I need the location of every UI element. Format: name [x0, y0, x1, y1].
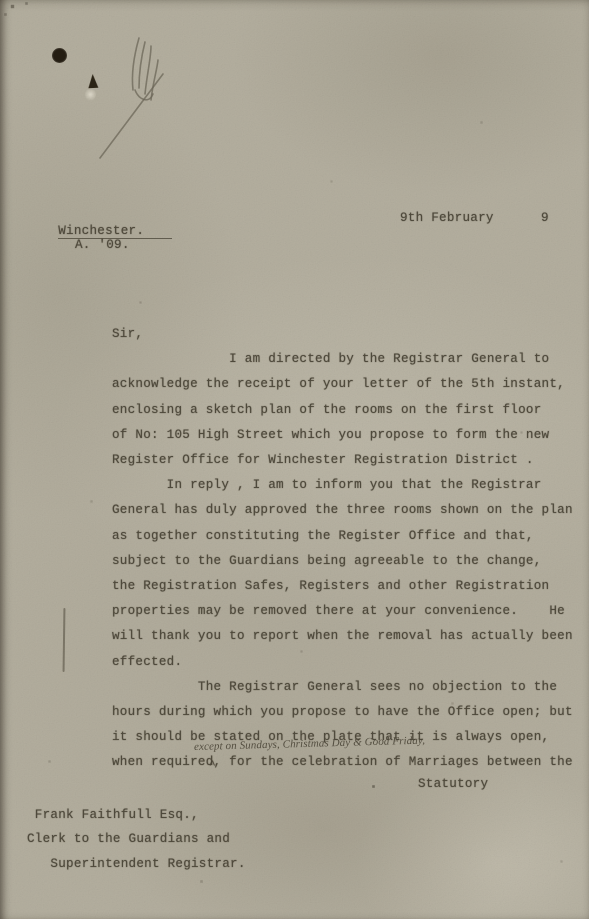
typed-line: as together constituting the Register Of…	[112, 524, 573, 549]
typed-line: subject to the Guardians being agreeable…	[112, 549, 573, 574]
typed-line: of No: 105 High Street which you propose…	[112, 423, 573, 448]
typed-line: properties may be removed there at your …	[112, 599, 573, 624]
typed-line: I am directed by the Registrar General t…	[112, 347, 573, 372]
typed-body: Sir, I am directed by the Registrar Gene…	[112, 322, 573, 776]
typed-line: Superintendent Registrar.	[27, 852, 246, 876]
date-heading: 9th February	[400, 211, 494, 225]
paper-specks	[0, 0, 1, 1]
typed-line: the Registration Safes, Registers and ot…	[112, 574, 573, 599]
typed-line: hours during which you propose to have t…	[112, 700, 573, 725]
typed-line: Sir,	[112, 322, 573, 347]
typed-line: when required, for the celebration of Ma…	[112, 750, 573, 775]
insertion-caret: ^	[209, 760, 216, 772]
typed-line: enclosing a sketch plan of the rooms on …	[112, 398, 573, 423]
place-heading-text: Winchester.	[58, 224, 172, 239]
page-number: 9	[541, 211, 549, 225]
typed-line: acknowledge the receipt of your letter o…	[112, 372, 573, 397]
typed-line: Clerk to the Guardians and	[27, 827, 246, 851]
pencil-initials-mark	[95, 28, 195, 173]
scanned-letter-page: Winchester. 9th February 9 A. '09. Sir, …	[0, 0, 589, 919]
typed-line: Frank Faithfull Esq.,	[27, 803, 246, 827]
typed-line: The Registrar General sees no objection …	[112, 675, 573, 700]
margin-pencil-line	[63, 608, 65, 672]
typed-line: Register Office for Winchester Registrat…	[112, 448, 573, 473]
file-reference: A. '09.	[75, 238, 130, 252]
catchword: Statutory	[418, 777, 488, 791]
typed-line: In reply , I am to inform you that the R…	[112, 473, 573, 498]
typed-line: will thank you to report when the remova…	[112, 624, 573, 649]
typed-line: General has duly approved the three room…	[112, 498, 573, 523]
addressee-block: Frank Faithfull Esq.,Clerk to the Guardi…	[27, 803, 246, 876]
ink-blot-mark	[52, 48, 67, 63]
typed-line: effected.	[112, 650, 573, 675]
